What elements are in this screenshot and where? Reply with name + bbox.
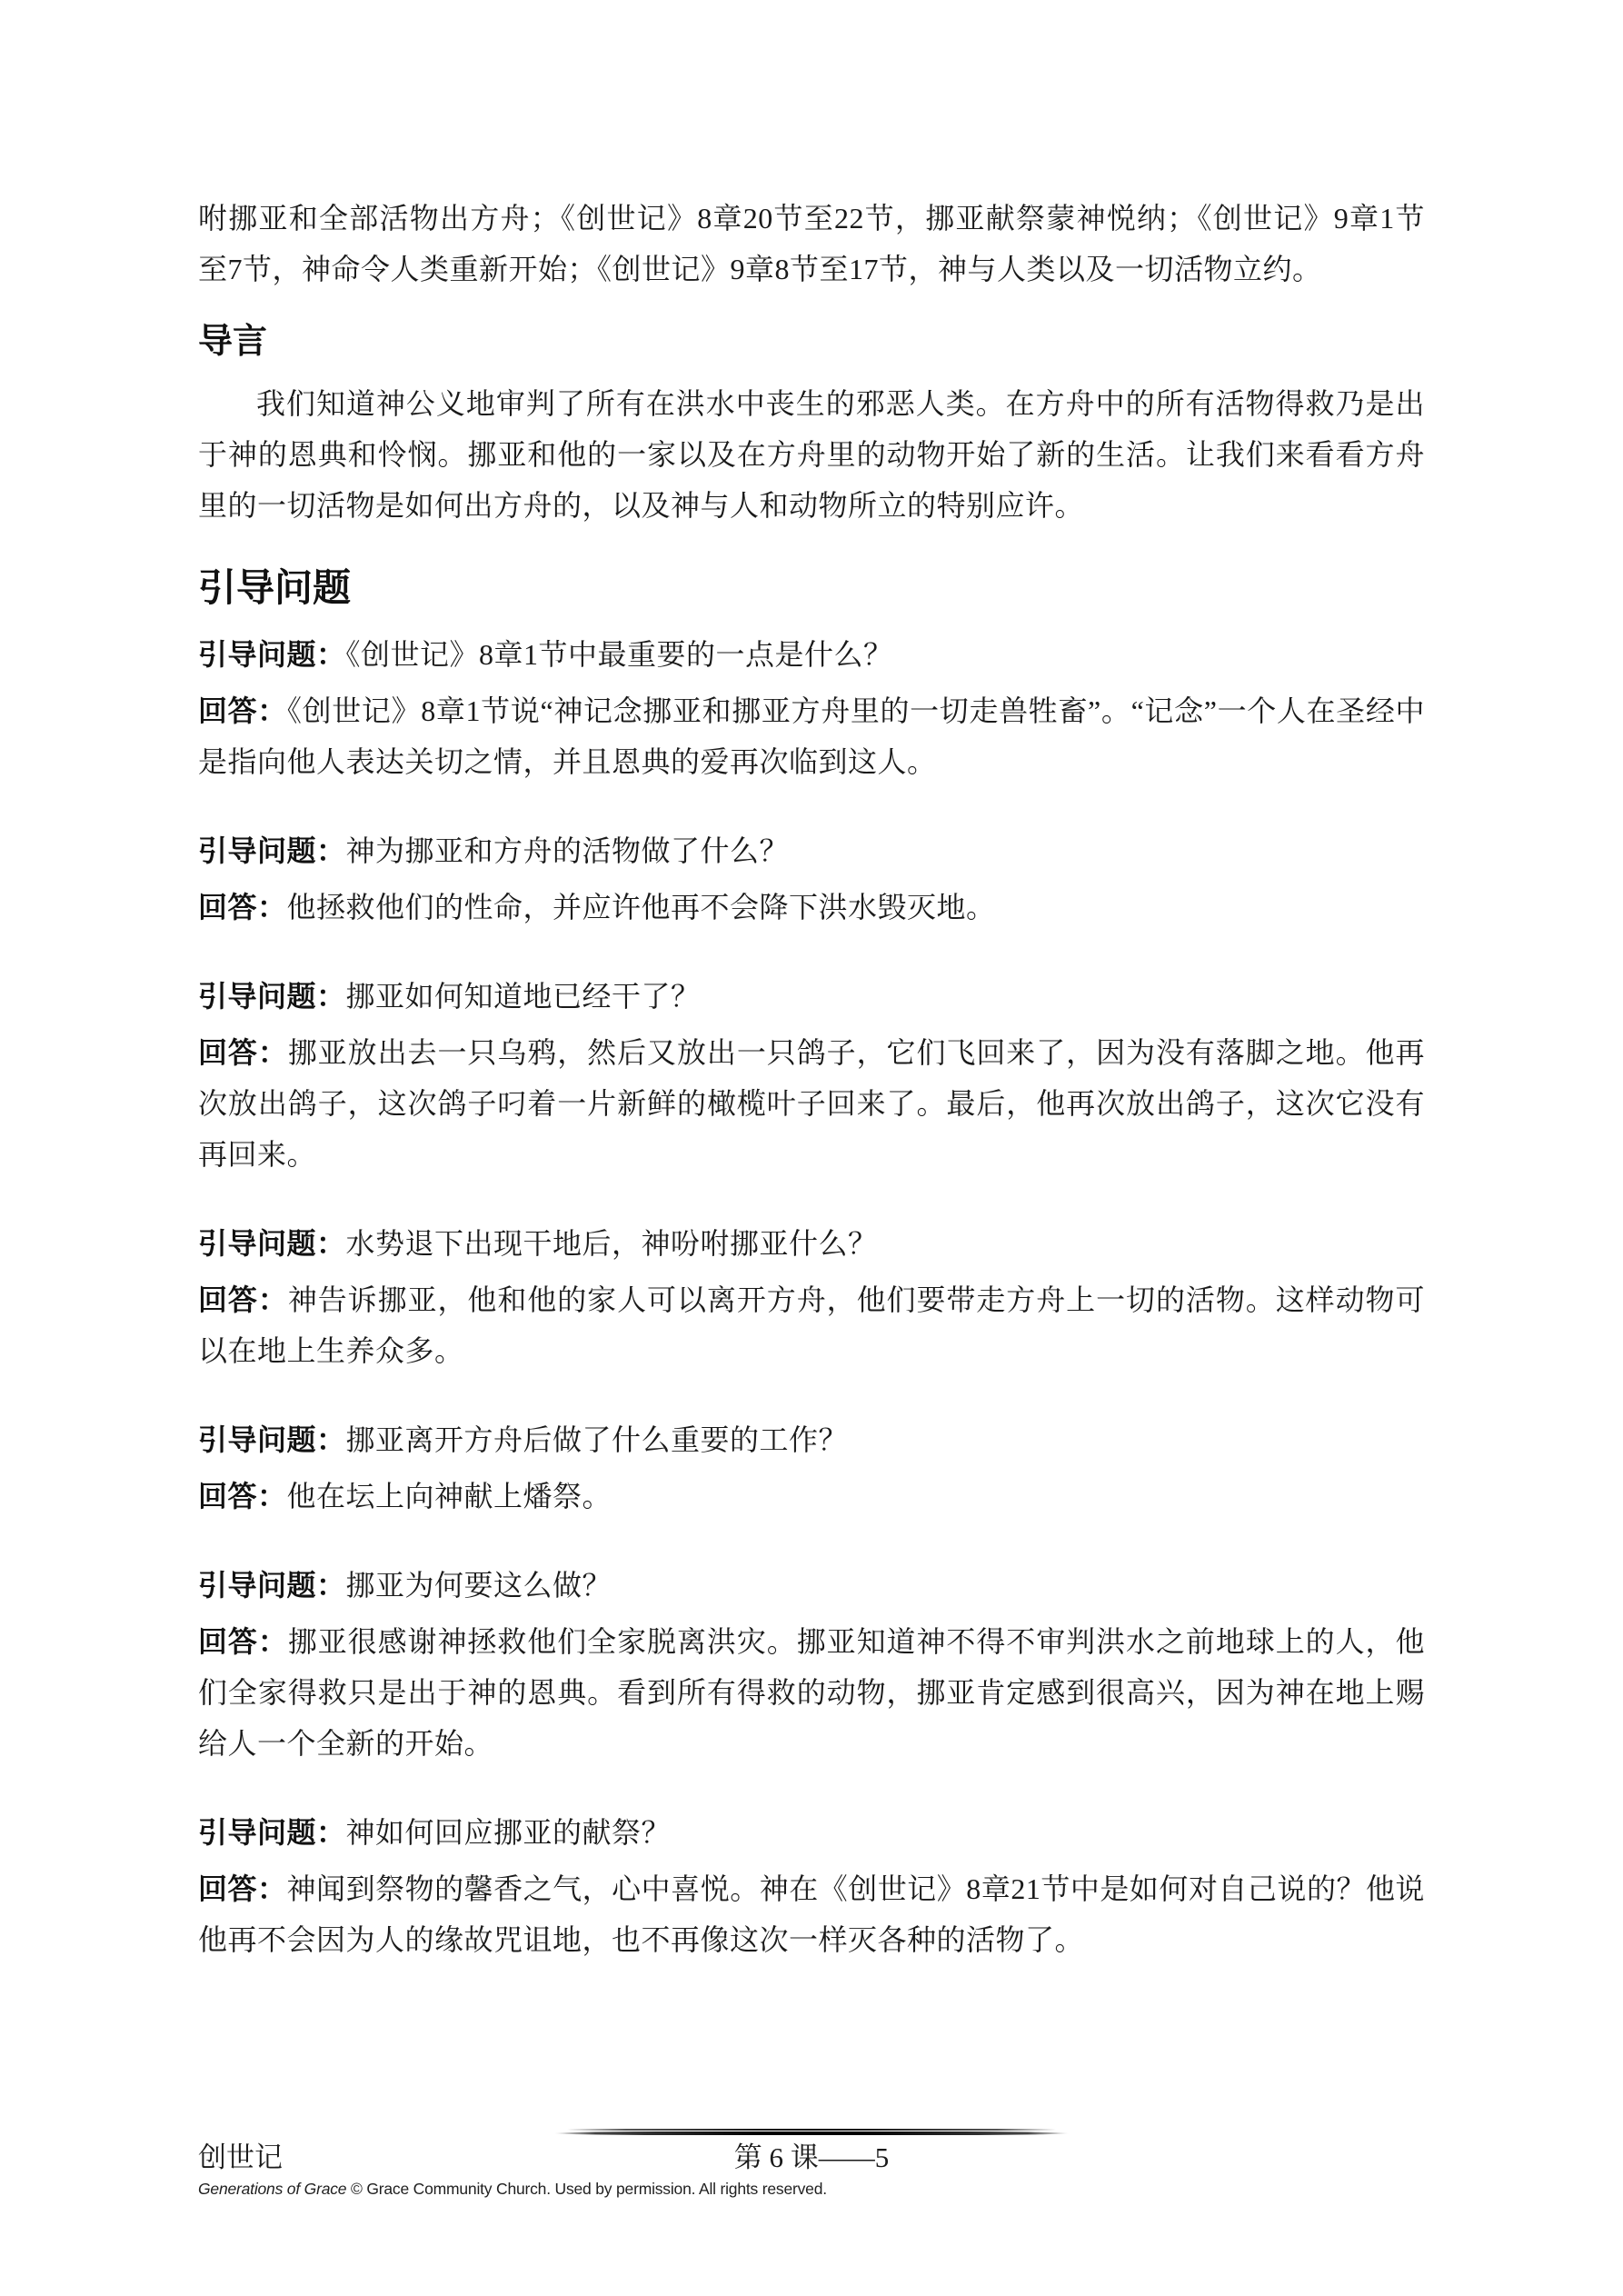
footer-copyright: Generations of Grace © Grace Community C…	[198, 2178, 827, 2200]
answer-label: 回答：	[198, 1625, 288, 1658]
answer-label: 回答：	[198, 1036, 288, 1069]
question-label: 引导问题：	[198, 638, 346, 671]
question-line: 引导问题：挪亚离开方舟后做了什么重要的工作？	[198, 1414, 1425, 1465]
question-text: 《创世记》8章1节中最重要的一点是什么？	[346, 638, 893, 671]
qa-pair: 引导问题：神为挪亚和方舟的活物做了什么？ 回答：他拯救他们的性命，并应许他再不会…	[198, 825, 1425, 933]
question-line: 引导问题：神如何回应挪亚的献祭？	[198, 1807, 1425, 1858]
question-text: 挪亚为何要这么做？	[346, 1569, 612, 1602]
question-text: 神为挪亚和方舟的活物做了什么？	[346, 834, 790, 867]
answer-line: 回答：挪亚放出去一只乌鸦，然后又放出一只鸽子，它们飞回来了，因为没有落脚之地。他…	[198, 1027, 1425, 1180]
question-label: 引导问题：	[198, 980, 346, 1013]
qa-pair: 引导问题：挪亚为何要这么做？ 回答：挪亚很感谢神拯救他们全家脱离洪灾。挪亚知道神…	[198, 1560, 1425, 1769]
intro-paragraph: 我们知道神公义地审判了所有在洪水中丧生的邪恶人类。在方舟中的所有活物得救乃是出于…	[198, 378, 1425, 531]
footer-divider-thin-line	[567, 2129, 1056, 2131]
answer-line: 回答：神闻到祭物的馨香之气，心中喜悦。神在《创世记》8章21节中是如何对自己说的…	[198, 1863, 1425, 1965]
footer-page-label: 第 6 课——5	[198, 2138, 1425, 2178]
question-text: 水势退下出现干地后，神吩咐挪亚什么？	[346, 1227, 878, 1260]
question-text: 挪亚如何知道地已经干了？	[346, 980, 701, 1013]
guiding-questions-heading: 引导问题	[198, 564, 1425, 613]
intro-heading: 导言	[198, 320, 1425, 364]
answer-line: 回答：他拯救他们的性命，并应许他再不会降下洪水毁灭地。	[198, 882, 1425, 933]
question-text: 挪亚离开方舟后做了什么重要的工作？	[346, 1423, 849, 1456]
copyright-work-title: Generations of Grace	[198, 2180, 346, 2198]
footer-divider	[554, 2129, 1069, 2135]
question-line: 引导问题：挪亚为何要这么做？	[198, 1560, 1425, 1611]
answer-line: 回答：他在坛上向神献上燔祭。	[198, 1471, 1425, 1522]
answer-label: 回答：	[198, 1480, 287, 1512]
answer-label: 回答：	[198, 891, 287, 923]
question-label: 引导问题：	[198, 1227, 346, 1260]
copyright-text: © Grace Community Church. Used by permis…	[346, 2180, 827, 2198]
answer-line: 回答：《创世记》8章1节说“神记念挪亚和挪亚方舟里的一切走兽牲畜”。“记念”一个…	[198, 685, 1425, 787]
document-page: 咐挪亚和全部活物出方舟；《创世记》8章20节至22节，挪亚献祭蒙神悦纳；《创世记…	[0, 0, 1623, 2296]
question-label: 引导问题：	[198, 1816, 346, 1849]
answer-text: 神告诉挪亚，他和他的家人可以离开方舟，他们要带走方舟上一切的活物。这样动物可以在…	[198, 1283, 1425, 1367]
question-text: 神如何回应挪亚的献祭？	[346, 1816, 672, 1849]
question-line: 引导问题：水势退下出现干地后，神吩咐挪亚什么？	[198, 1218, 1425, 1269]
page-footer: 创世记 第 6 课——5	[198, 2138, 1425, 2178]
question-line: 引导问题：挪亚如何知道地已经干了？	[198, 971, 1425, 1022]
question-label: 引导问题：	[198, 834, 346, 867]
answer-text: 挪亚放出去一只乌鸦，然后又放出一只鸽子，它们飞回来了，因为没有落脚之地。他再次放…	[198, 1036, 1425, 1171]
answer-text: 神闻到祭物的馨香之气，心中喜悦。神在《创世记》8章21节中是如何对自己说的？他说…	[198, 1872, 1425, 1956]
footer-divider-thick-line	[554, 2131, 1069, 2135]
page-content: 咐挪亚和全部活物出方舟；《创世记》8章20节至22节，挪亚献祭蒙神悦纳；《创世记…	[198, 193, 1425, 1965]
answer-text: 《创世记》8章1节说“神记念挪亚和挪亚方舟里的一切走兽牲畜”。“记念”一个人在圣…	[198, 694, 1425, 778]
continuation-paragraph: 咐挪亚和全部活物出方舟；《创世记》8章20节至22节，挪亚献祭蒙神悦纳；《创世记…	[198, 193, 1425, 294]
answer-label: 回答：	[198, 1283, 288, 1316]
question-line: 引导问题：《创世记》8章1节中最重要的一点是什么？	[198, 629, 1425, 680]
qa-pair: 引导问题：《创世记》8章1节中最重要的一点是什么？ 回答：《创世记》8章1节说“…	[198, 629, 1425, 787]
answer-text: 他在坛上向神献上燔祭。	[287, 1480, 612, 1512]
qa-pair: 引导问题：神如何回应挪亚的献祭？ 回答：神闻到祭物的馨香之气，心中喜悦。神在《创…	[198, 1807, 1425, 1965]
answer-line: 回答：神告诉挪亚，他和他的家人可以离开方舟，他们要带走方舟上一切的活物。这样动物…	[198, 1274, 1425, 1376]
question-label: 引导问题：	[198, 1569, 346, 1602]
qa-pair: 引导问题：挪亚如何知道地已经干了？ 回答：挪亚放出去一只乌鸦，然后又放出一只鸽子…	[198, 971, 1425, 1180]
answer-label: 回答：	[198, 1872, 287, 1905]
question-line: 引导问题：神为挪亚和方舟的活物做了什么？	[198, 825, 1425, 876]
qa-pair: 引导问题：水势退下出现干地后，神吩咐挪亚什么？ 回答：神告诉挪亚，他和他的家人可…	[198, 1218, 1425, 1376]
answer-text: 挪亚很感谢神拯救他们全家脱离洪灾。挪亚知道神不得不审判洪水之前地球上的人，他们全…	[198, 1625, 1425, 1760]
answer-line: 回答：挪亚很感谢神拯救他们全家脱离洪灾。挪亚知道神不得不审判洪水之前地球上的人，…	[198, 1616, 1425, 1769]
answer-text: 他拯救他们的性命，并应许他再不会降下洪水毁灭地。	[287, 891, 996, 923]
question-label: 引导问题：	[198, 1423, 346, 1456]
qa-pair: 引导问题：挪亚离开方舟后做了什么重要的工作？ 回答：他在坛上向神献上燔祭。	[198, 1414, 1425, 1522]
answer-label: 回答：	[198, 694, 287, 727]
